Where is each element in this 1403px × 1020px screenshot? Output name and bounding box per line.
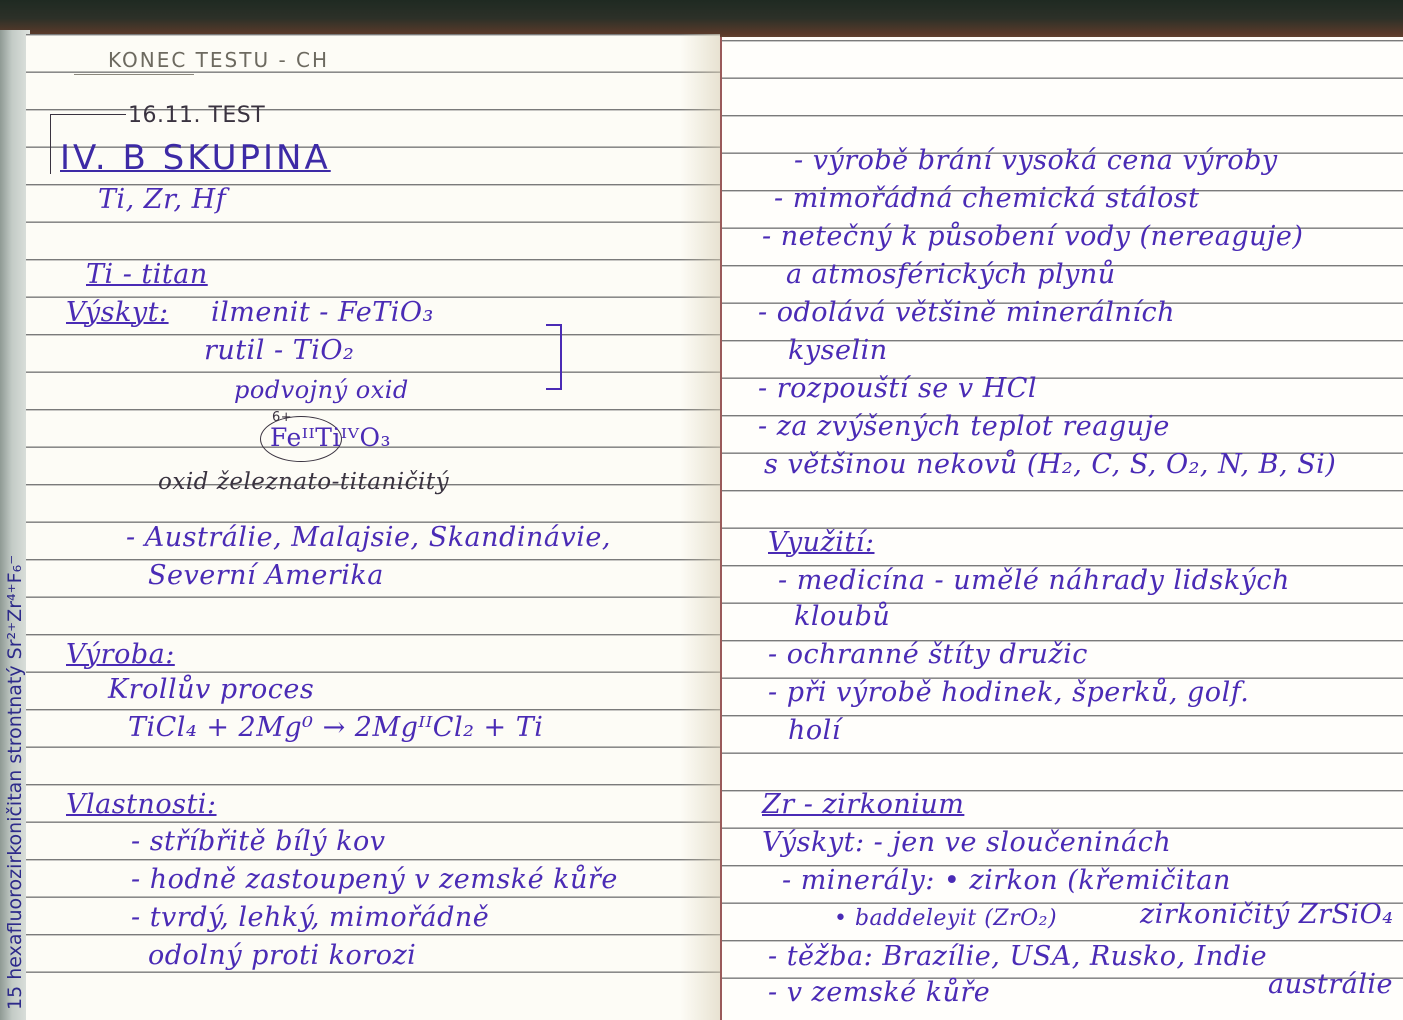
uses-label: Využití: <box>768 527 875 559</box>
mineral-rutile: rutil - TiO₂ <box>204 335 354 367</box>
titanium-title: Ti - titan <box>86 259 208 291</box>
bracket-arrow <box>546 324 562 390</box>
left-page: KONEC TESTU - CH 16.11. TEST IV. B SKUPI… <box>26 34 720 1020</box>
property-1: - stříbřitě bílý kov <box>131 826 385 858</box>
property-4: odolný proti korozi <box>148 940 416 972</box>
margin-vertical-note: 15 hexafluorozirkoničitan strontnatý Sr²… <box>4 555 26 1010</box>
zirconium-title: Zr - zirkonium <box>762 789 964 821</box>
locations-line-2: Severní Amerika <box>148 560 384 592</box>
occurrence-label: Výskyt: <box>66 297 169 329</box>
use-1: - medicína - umělé náhrady lidských <box>778 565 1290 597</box>
ti-property-cont-8: - za zvýšených teplot reaguje <box>758 411 1170 443</box>
zr-mining-extra: austrálie <box>1268 969 1393 1001</box>
ti-property-cont-9: s většinou nekovů (H₂, C, S, O₂, N, B, S… <box>764 449 1336 481</box>
zr-occurrence: Výskyt: - jen ve sloučeninách <box>762 827 1171 859</box>
production-label: Výroba: <box>66 639 175 671</box>
pencil-note: KONEC TESTU - CH <box>108 44 329 76</box>
zr-zircon-formula: zirkoničitý ZrSiO₄ <box>1140 899 1394 931</box>
circled-formula: FeᴵᴵTiᴵⱽO₃ <box>270 422 391 454</box>
test-date-note: 16.11. TEST <box>128 100 265 132</box>
right-page: - výrobě brání vysoká cena výroby - mimo… <box>720 37 1403 1020</box>
ti-property-cont-3: - netečný k působení vody (nereaguje) <box>762 221 1303 253</box>
test-marker-line <box>50 114 126 115</box>
zr-baddeleyite: • baddeleyit (ZrO₂) <box>834 903 1057 935</box>
ti-property-cont-5: - odolává většině minerálních <box>758 297 1175 329</box>
properties-label: Vlastnosti: <box>66 789 217 821</box>
ti-property-cont-7: - rozpouští se v HCl <box>758 373 1037 405</box>
oxide-name: oxid železnato-titaničitý <box>158 466 449 498</box>
locations-line-1: - Austrálie, Malajsie, Skandinávie, <box>126 522 611 554</box>
ti-property-cont-4: a atmosférických plynů <box>786 259 1116 291</box>
use-1-cont: kloubů <box>794 601 890 633</box>
zr-minerals: - minerály: • zirkon (křemičitan <box>782 865 1231 897</box>
mineral-ilmenite: ilmenit - FeTiO₃ <box>211 297 434 329</box>
zr-crust: - v zemské kůře <box>768 977 990 1009</box>
property-3: - tvrdý, lehký, mimořádně <box>131 902 489 934</box>
use-3-cont: holí <box>788 715 841 747</box>
group-elements: Ti, Zr, Hf <box>98 184 226 216</box>
zr-mining: - těžba: Brazílie, USA, Rusko, Indie <box>768 941 1267 973</box>
process-name: Krollův proces <box>108 674 314 706</box>
test-marker-arrow <box>50 114 51 174</box>
ti-property-cont-1: - výrobě brání vysoká cena výroby <box>794 145 1278 177</box>
use-3: - při výrobě hodinek, šperků, golf. <box>768 677 1249 709</box>
ti-property-cont-2: - mimořádná chemická stálost <box>774 183 1199 215</box>
group-title: IV. B SKUPINA <box>60 142 331 174</box>
ti-property-cont-6: kyselin <box>788 335 888 367</box>
kroll-reaction: TiCl₄ + 2Mg⁰ → 2MgᴵᴵCl₂ + Ti <box>128 712 543 744</box>
pencil-underline <box>74 74 194 75</box>
double-oxide-label: podvojný oxid <box>234 374 409 406</box>
property-2: - hodně zastoupený v zemské kůře <box>131 864 618 896</box>
use-2: - ochranné štíty družic <box>768 639 1088 671</box>
